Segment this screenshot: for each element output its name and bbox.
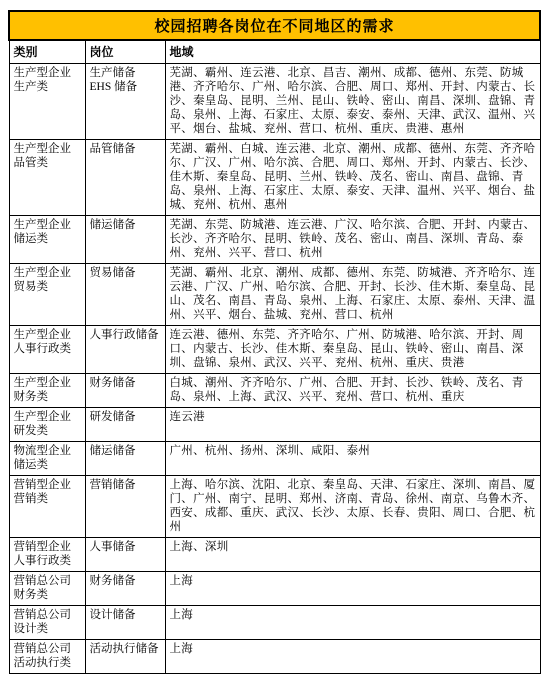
position-cell: 品管储备 — [85, 140, 165, 216]
position-cell: 人事行政储备 — [85, 326, 165, 374]
table-row: 生产型企业 生产类 生产储备 EHS 储备 芜湖、霸州、连云港、北京、昌吉、潮州… — [9, 64, 540, 140]
position-cell: 营销储备 — [85, 476, 165, 538]
category-cell: 生产型企业 研发类 — [9, 408, 85, 442]
regions-cell: 芜湖、东莞、防城港、连云港、广汉、哈尔滨、合肥、开封、内蒙古、长沙、齐齐哈尔、昆… — [165, 216, 540, 264]
category-cell: 营销型企业 营销类 — [9, 476, 85, 538]
position-cell: 财务储备 — [85, 572, 165, 606]
position-cell: 研发储备 — [85, 408, 165, 442]
table-row: 营销型企业 营销类 营销储备 上海、哈尔滨、沈阳、北京、秦皇岛、天津、石家庄、深… — [9, 476, 540, 538]
regions-cell: 连云港、德州、东莞、齐齐哈尔、广州、防城港、哈尔滨、开封、周口、内蒙古、长沙、佳… — [165, 326, 540, 374]
category-cell: 营销总公司 财务类 — [9, 572, 85, 606]
table-row: 生产型企业 品管类 品管储备 芜湖、霸州、白城、连云港、北京、潮州、成都、德州、… — [9, 140, 540, 216]
position-cell: 储运储备 — [85, 442, 165, 476]
page: 校园招聘各岗位在不同地区的需求 类别 岗位 地域 生产型企业 生产类 生产储备 … — [0, 0, 546, 674]
regions-cell: 上海 — [165, 572, 540, 606]
regions-cell: 广州、杭州、扬州、深圳、咸阳、泰州 — [165, 442, 540, 476]
position-cell: 贸易储备 — [85, 264, 165, 326]
category-cell: 生产型企业 贸易类 — [9, 264, 85, 326]
category-cell: 生产型企业 生产类 — [9, 64, 85, 140]
table-row: 生产型企业 储运类 储运储备 芜湖、东莞、防城港、连云港、广汉、哈尔滨、合肥、开… — [9, 216, 540, 264]
category-cell: 生产型企业 品管类 — [9, 140, 85, 216]
table-row: 营销总公司 设计类 设计储备 上海 — [9, 606, 540, 640]
category-cell: 生产型企业 人事行政类 — [9, 326, 85, 374]
table-row: 营销总公司 财务类 财务储备 上海 — [9, 572, 540, 606]
position-cell: 设计储备 — [85, 606, 165, 640]
table-row: 物流型企业 储运类 储运储备 广州、杭州、扬州、深圳、咸阳、泰州 — [9, 442, 540, 476]
table-row: 生产型企业 贸易类 贸易储备 芜湖、霸州、北京、潮州、成都、德州、东莞、防城港、… — [9, 264, 540, 326]
position-cell: 储运储备 — [85, 216, 165, 264]
regions-cell: 上海、深圳 — [165, 538, 540, 572]
category-cell: 营销总公司 活动执行类 — [9, 640, 85, 674]
regions-cell: 上海 — [165, 640, 540, 674]
position-cell: 财务储备 — [85, 374, 165, 408]
regions-cell: 芜湖、霸州、白城、连云港、北京、潮州、成都、德州、东莞、齐齐哈尔、广汉、广州、哈… — [165, 140, 540, 216]
regions-cell: 白城、潮州、齐齐哈尔、广州、合肥、开封、长沙、铁岭、茂名、青岛、泉州、上海、武汉… — [165, 374, 540, 408]
table-row: 生产型企业 人事行政类 人事行政储备 连云港、德州、东莞、齐齐哈尔、广州、防城港… — [9, 326, 540, 374]
table-row: 生产型企业 财务类 财务储备 白城、潮州、齐齐哈尔、广州、合肥、开封、长沙、铁岭… — [9, 374, 540, 408]
category-cell: 营销型企业 人事行政类 — [9, 538, 85, 572]
regions-cell: 连云港 — [165, 408, 540, 442]
table-row: 营销总公司 活动执行类 活动执行储备 上海 — [9, 640, 540, 674]
category-cell: 生产型企业 储运类 — [9, 216, 85, 264]
position-cell: 人事储备 — [85, 538, 165, 572]
title-row: 校园招聘各岗位在不同地区的需求 — [9, 11, 540, 40]
regions-cell: 芜湖、霸州、连云港、北京、昌吉、潮州、成都、德州、东莞、防城港、齐齐哈尔、广州、… — [165, 64, 540, 140]
regions-cell: 上海、哈尔滨、沈阳、北京、秦皇岛、天津、石家庄、深圳、南昌、厦门、广州、南宁、昆… — [165, 476, 540, 538]
position-cell: 生产储备 EHS 储备 — [85, 64, 165, 140]
category-cell: 生产型企业 财务类 — [9, 374, 85, 408]
recruitment-table: 校园招聘各岗位在不同地区的需求 类别 岗位 地域 生产型企业 生产类 生产储备 … — [8, 10, 541, 674]
page-title: 校园招聘各岗位在不同地区的需求 — [9, 11, 540, 40]
column-header-row: 类别 岗位 地域 — [9, 40, 540, 64]
col-header-region: 地域 — [165, 40, 540, 64]
col-header-position: 岗位 — [85, 40, 165, 64]
category-cell: 营销总公司 设计类 — [9, 606, 85, 640]
category-cell: 物流型企业 储运类 — [9, 442, 85, 476]
regions-cell: 上海 — [165, 606, 540, 640]
col-header-category: 类别 — [9, 40, 85, 64]
regions-cell: 芜湖、霸州、北京、潮州、成都、德州、东莞、防城港、齐齐哈尔、连云港、广汉、广州、… — [165, 264, 540, 326]
position-cell: 活动执行储备 — [85, 640, 165, 674]
table-row: 营销型企业 人事行政类 人事储备 上海、深圳 — [9, 538, 540, 572]
table-row: 生产型企业 研发类 研发储备 连云港 — [9, 408, 540, 442]
